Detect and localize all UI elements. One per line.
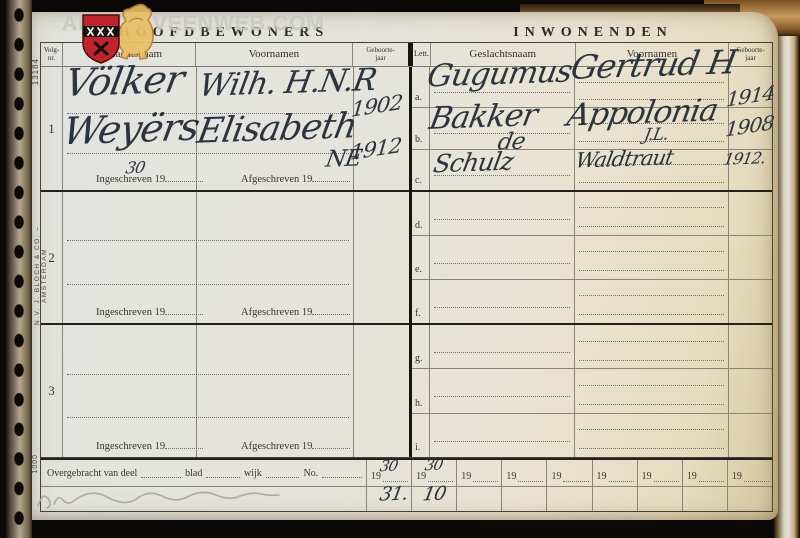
letter-h: h. — [415, 398, 423, 409]
inwonenden-group-2: d. e. f. — [412, 192, 772, 325]
year-cell-8: 19 — [682, 460, 727, 486]
inwonenden-row-b: b. — [412, 108, 772, 149]
year-cell-1: 19 — [366, 460, 411, 486]
letter-f: f. — [415, 308, 421, 319]
letter-g: g. — [415, 353, 423, 364]
ingeschreven-label-2: Ingeschreven 19 — [96, 306, 203, 318]
inwonenden-group-1: a. b. c. — [412, 67, 772, 192]
header-volgnr: Volg- nr. — [41, 43, 63, 66]
margin-form-number: 13184 — [31, 58, 40, 85]
inwonenden-row-g: g. — [412, 325, 772, 369]
letter-d: d. — [415, 220, 423, 231]
year-cell-6: 19 — [592, 460, 637, 486]
blad-label: blad — [185, 468, 202, 479]
letter-e: e. — [415, 264, 422, 275]
inwonenden-row-i: i. — [412, 414, 772, 457]
inwonenden-row-a: a. — [412, 67, 772, 108]
footer-labels: Overgebracht van deel blad wijk No. — [41, 460, 366, 486]
afgeschreven-label-3: Afgeschreven 19 — [241, 440, 350, 452]
header-geboortejaar-left: Geboorte- jaar — [353, 43, 408, 66]
amstelveen-coat-of-arms-icon — [82, 14, 120, 64]
year-cell-7: 19 — [637, 460, 682, 486]
inwonenden-row-h: h. — [412, 369, 772, 413]
right-section-title: INWONENDEN — [413, 25, 773, 41]
year-cell-4: 19 — [501, 460, 546, 486]
name-cells-1: Ingeschreven 19 Afgeschreven 19 — [63, 67, 354, 190]
inwonenden-row-d: d. — [412, 192, 772, 236]
footer-label-row: Overgebracht van deel blad wijk No. 19 1… — [41, 460, 772, 487]
header-voornamen-right: Voornamen — [576, 43, 730, 66]
letter-a: a. — [415, 92, 422, 103]
register-page: 13184 VISIBLEX N.V. J. BLOCH & CO. – AMS… — [30, 12, 778, 520]
inwonenden-group-3: g. h. i. — [412, 325, 772, 457]
afgeschreven-label-2: Afgeschreven 19 — [241, 306, 350, 318]
year-cell-9: 19 — [727, 460, 772, 486]
inwonenden-row-f: f. — [412, 280, 772, 323]
year-cell-2: 19 — [411, 460, 456, 486]
hoofdbewoners-block-2: 2 Ingeschreven 19 Afgeschreven 19 — [41, 192, 409, 325]
wijk-label: wijk — [244, 468, 262, 479]
inwonenden-column: a. b. c. d. — [412, 67, 772, 457]
register-table: Volg- nr. Geslachtsnaam Voornamen Geboor… — [40, 42, 773, 458]
volgnr-1: 1 — [41, 67, 63, 190]
letter-i: i. — [415, 442, 420, 453]
year-cell-5: 19 — [546, 460, 591, 486]
signature-cell — [41, 487, 366, 511]
header-voornamen-left: Voornamen — [196, 43, 354, 66]
hoofdbewoners-block-3: 3 Ingeschreven 19 Afgeschreven 19 — [41, 325, 409, 457]
geboortejaar-cell-3 — [354, 325, 409, 457]
lion-icon — [115, 2, 159, 60]
header-geboortejaar-right: Geboorte- jaar — [729, 43, 772, 66]
geboortejaar-cell-2 — [354, 192, 409, 323]
geboortejaar-cell-1 — [354, 67, 409, 190]
name-cells-2: Ingeschreven 19 Afgeschreven 19 — [63, 192, 354, 323]
afgeschreven-label-1: Afgeschreven 19 — [241, 173, 350, 185]
name-cells-3: Ingeschreven 19 Afgeschreven 19 — [63, 325, 354, 457]
ingeschreven-label-1: Ingeschreven 19 — [96, 173, 203, 185]
hoofdbewoners-block-1: 1 Ingeschreven 19 Afgeschreven 19 — [41, 67, 409, 192]
header-lett: Lett. — [413, 43, 431, 66]
inwonenden-row-c: c. — [412, 150, 772, 190]
ring-binding-strip — [5, 0, 32, 538]
header-geslachtsnaam-right: Geslachtsnaam — [431, 43, 576, 66]
letter-c: c. — [415, 175, 422, 186]
ingeschreven-label-3: Ingeschreven 19 — [96, 440, 203, 452]
overgebracht-strip: Overgebracht van deel blad wijk No. 19 1… — [40, 458, 773, 512]
hoofdbewoners-column: 1 Ingeschreven 19 Afgeschreven 19 2 — [41, 67, 409, 457]
overgebracht-label: Overgebracht van deel — [47, 468, 137, 479]
year-cell-3: 19 — [456, 460, 501, 486]
margin-print-run-code: 1000 — [32, 454, 39, 474]
no-label: No. — [303, 468, 318, 479]
footer-value-row — [41, 487, 772, 511]
letter-b: b. — [415, 134, 423, 145]
inwonenden-row-e: e. — [412, 236, 772, 280]
printer-company: N.V. J. BLOCH & CO. – AMSTERDAM — [34, 200, 48, 350]
